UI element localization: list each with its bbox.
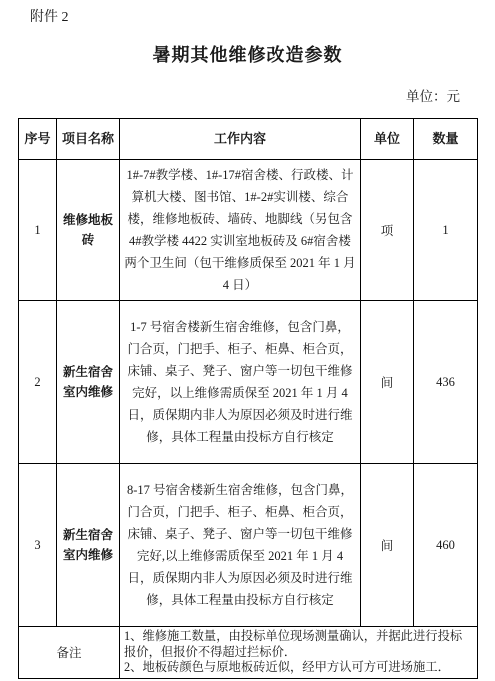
table-row: 1 维修地板砖 1#-7#教学楼、1#-17#宿舍楼、行政楼、计算机大楼、图书馆…	[19, 160, 478, 301]
table-row: 2 新生宿舍室内维修 1-7 号宿舍楼新生宿舍维修，包含门鼻，门合页，门把手、柜…	[19, 301, 478, 464]
row-number: 3	[19, 464, 57, 627]
unit-value: 间	[361, 464, 414, 627]
row-number: 2	[19, 301, 57, 464]
remark-content: 1、维修施工数量，由投标单位现场测量确认，并据此进行投标报价，但报价不得超过拦标…	[120, 627, 478, 679]
parameters-table: 序号 项目名称 工作内容 单位 数量 1 维修地板砖 1#-7#教学楼、1#-1…	[18, 118, 478, 679]
attachment-label: 附件 2	[30, 0, 495, 27]
work-content: 1#-7#教学楼、1#-17#宿舍楼、行政楼、计算机大楼、图书馆、1#-2#实训…	[120, 160, 361, 301]
header-row: 序号 项目名称 工作内容 单位 数量	[19, 119, 478, 160]
header-quantity: 数量	[414, 119, 478, 160]
unit-value: 间	[361, 301, 414, 464]
header-seq-no: 序号	[19, 119, 57, 160]
project-name: 新生宿舍室内维修	[57, 301, 120, 464]
header-project-name: 项目名称	[57, 119, 120, 160]
header-unit: 单位	[361, 119, 414, 160]
table-row: 3 新生宿舍室内维修 8-17 号宿舍楼新生宿舍维修，包含门鼻，门合页，门把手、…	[19, 464, 478, 627]
remark-line-2: 2、地板砖颜色与原地板砖近似，经甲方认可方可进场施工．	[124, 660, 473, 676]
remark-line-1: 1、维修施工数量，由投标单位现场测量确认，并据此进行投标报价，但报价不得超过拦标…	[124, 629, 473, 660]
quantity-value: 460	[414, 464, 478, 627]
work-content: 8-17 号宿舍楼新生宿舍维修，包含门鼻，门合页，门把手、柜子、柜鼻、柜合页，床…	[120, 464, 361, 627]
unit-note: 单位：元	[0, 88, 495, 106]
page-title: 暑期其他维修改造参数	[0, 43, 495, 68]
header-work-content: 工作内容	[120, 119, 361, 160]
row-number: 1	[19, 160, 57, 301]
remark-row: 备注 1、维修施工数量，由投标单位现场测量确认，并据此进行投标报价，但报价不得超…	[19, 627, 478, 679]
project-name: 新生宿舍室内维修	[57, 464, 120, 627]
quantity-value: 436	[414, 301, 478, 464]
document-page: 附件 2 暑期其他维修改造参数 单位：元 序号 项目名称 工作内容 单位 数量 …	[0, 0, 495, 681]
remark-label: 备注	[19, 627, 120, 679]
work-content: 1-7 号宿舍楼新生宿舍维修，包含门鼻，门合页，门把手、柜子、柜鼻、柜合页，床铺…	[120, 301, 361, 464]
unit-value: 项	[361, 160, 414, 301]
project-name: 维修地板砖	[57, 160, 120, 301]
quantity-value: 1	[414, 160, 478, 301]
